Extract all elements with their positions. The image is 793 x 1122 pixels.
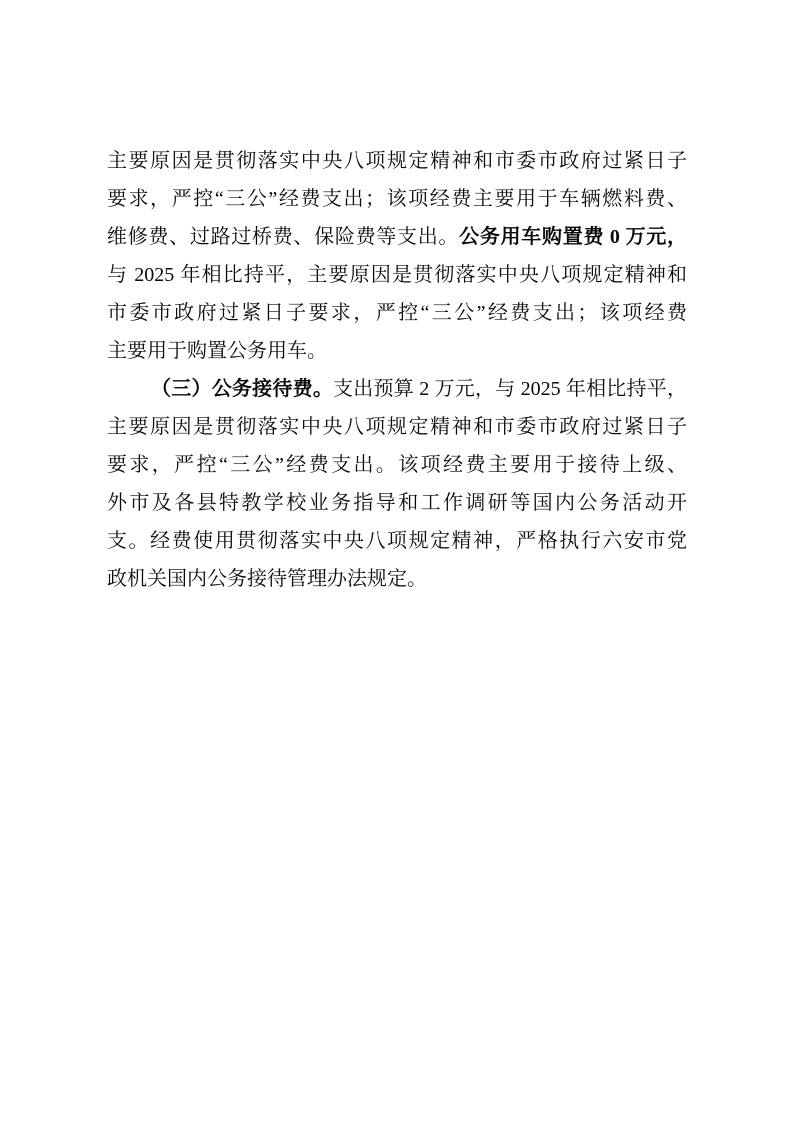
- document-page: 主要原因是贯彻落实中央八项规定精神和市委市政府过紧日子 要求，严控“三公”经费支…: [0, 0, 793, 1122]
- text-line: 与 2025 年相比持平，主要原因是贯彻落实中央八项规定精神和: [107, 256, 687, 294]
- text-line: 市委市政府过紧日子要求，严控“三公”经费支出；该项经费: [107, 294, 687, 332]
- text-line: 政机关国内公务接待管理办法规定。: [107, 560, 687, 598]
- paragraph-2: （三）公务接待费。支出预算 2 万元，与 2025 年相比持平， 主要原因是贯彻…: [107, 370, 687, 598]
- text-run: 要求，严控“三公”经费支出。该项经费主要用于接待上级、: [107, 454, 687, 476]
- text-run: 主要原因是贯彻落实中央八项规定精神和市委市政府过紧日子: [107, 150, 687, 172]
- text-line: 主要原因是贯彻落实中央八项规定精神和市委市政府过紧日子: [107, 408, 687, 446]
- text-line: （三）公务接待费。支出预算 2 万元，与 2025 年相比持平，: [107, 370, 687, 408]
- paragraph-1: 主要原因是贯彻落实中央八项规定精神和市委市政府过紧日子 要求，严控“三公”经费支…: [107, 142, 687, 370]
- text-run: 要求，严控“三公”经费支出；该项经费主要用于车辆燃料费、: [107, 188, 687, 210]
- bold-text-run: 公务用车购置费 0 万元，: [459, 226, 687, 248]
- text-run: 政机关国内公务接待管理办法规定。: [107, 568, 427, 590]
- text-line: 外市及各县特教学校业务指导和工作调研等国内公务活动开: [107, 484, 687, 522]
- text-run: 外市及各县特教学校业务指导和工作调研等国内公务活动开: [107, 492, 687, 514]
- text-run: 维修费、过路过桥费、保险费等支出。: [107, 226, 459, 248]
- text-run: 与 2025 年相比持平，主要原因是贯彻落实中央八项规定精神和: [107, 264, 687, 286]
- text-run: 支。经费使用贯彻落实中央八项规定精神，严格执行六安市党: [107, 530, 687, 552]
- text-content: 主要原因是贯彻落实中央八项规定精神和市委市政府过紧日子 要求，严控“三公”经费支…: [107, 142, 687, 598]
- text-line: 要求，严控“三公”经费支出；该项经费主要用于车辆燃料费、: [107, 180, 687, 218]
- text-run: 主要用于购置公务用车。: [107, 340, 327, 362]
- text-line: 主要原因是贯彻落实中央八项规定精神和市委市政府过紧日子: [107, 142, 687, 180]
- text-line: 维修费、过路过桥费、保险费等支出。公务用车购置费 0 万元，: [107, 218, 687, 256]
- text-line: 要求，严控“三公”经费支出。该项经费主要用于接待上级、: [107, 446, 687, 484]
- text-line: 主要用于购置公务用车。: [107, 332, 687, 370]
- text-run: 主要原因是贯彻落实中央八项规定精神和市委市政府过紧日子: [107, 416, 687, 438]
- bold-text-run: （三）公务接待费。: [151, 378, 333, 400]
- text-line: 支。经费使用贯彻落实中央八项规定精神，严格执行六安市党: [107, 522, 687, 560]
- text-run: 支出预算 2 万元，与 2025 年相比持平，: [333, 378, 687, 400]
- text-run: 市委市政府过紧日子要求，严控“三公”经费支出；该项经费: [107, 302, 687, 324]
